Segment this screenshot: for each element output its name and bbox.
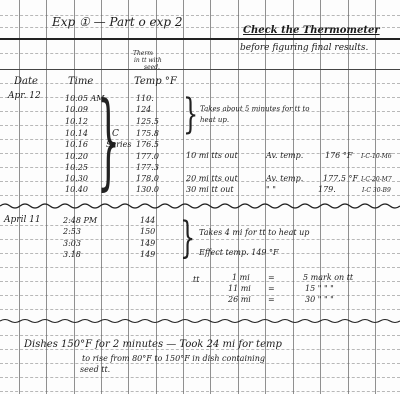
header-rule: [0, 38, 400, 40]
temp-cell: 144: [140, 217, 155, 225]
wavy-divider: [0, 202, 400, 210]
time-cell: 3.18: [63, 251, 81, 259]
temp-cell: 149: [140, 240, 155, 248]
temp-cell: 110.: [136, 95, 154, 103]
heat-note-continued: heat up.: [200, 117, 229, 124]
time-cell: 2:48 PM: [63, 217, 97, 225]
temp-header-line3: seed.: [144, 65, 160, 71]
time-cell: 10.14: [65, 130, 88, 138]
time-cell: 10.30: [65, 175, 88, 183]
time-cell: 3:03: [63, 240, 81, 248]
temp-column-header: Temp °F: [134, 77, 177, 87]
temp-cell: 130.0: [136, 186, 159, 194]
temp-cell: 150: [140, 228, 155, 236]
session2-heat-note: Takes 4 mi for tt to heat up: [199, 229, 309, 237]
time-cell: 2:53: [63, 228, 81, 236]
temp-cell: 175.8: [136, 130, 159, 138]
session2-date: April 11: [4, 216, 41, 225]
time-cell: 10.20: [65, 153, 88, 161]
tt-label: tt: [193, 276, 199, 284]
time-cell: 10.09: [65, 106, 88, 114]
footer-note-end: seed tt.: [80, 366, 110, 374]
session1-date: Apr. 12: [8, 92, 41, 101]
temp-cell: 176.5: [136, 141, 159, 149]
heat-brace-icon: }: [183, 94, 198, 135]
temp-cell: 125.5: [136, 118, 159, 126]
wavy-divider: [0, 317, 400, 325]
footer-note-continued: to rise from 80°F to 150°F in dish conta…: [82, 355, 265, 363]
time-cell: 10.16: [65, 141, 88, 149]
time-cell: 10.40: [65, 186, 88, 194]
series-label-continued: Series: [106, 141, 131, 149]
experiment-title: Exp ① — Part o exp 2: [52, 16, 183, 28]
temp-cell: 178.0: [136, 175, 159, 183]
temp-cell: 177.0: [136, 153, 159, 161]
time-column-header: Time: [68, 77, 93, 87]
column-header-rule: [0, 69, 400, 70]
temp-cell: 124: [136, 106, 151, 114]
date-column-header: Date: [14, 77, 38, 87]
temp-cell: 177.3: [136, 164, 159, 172]
series-label: C: [112, 130, 119, 139]
time-cell: 10.12: [65, 118, 88, 126]
temp-cell: 149: [140, 251, 155, 259]
notebook-page: Exp ① — Part o exp 2 Check the Thermomet…: [0, 0, 400, 394]
heat-note: Takes about 5 minutes for tt to: [200, 106, 310, 113]
time-cell: 10.25: [65, 164, 88, 172]
heat-brace-icon: }: [180, 216, 195, 259]
footer-note: Dishes 150°F for 2 minutes — Took 24 mi …: [24, 340, 282, 350]
session2-effect-note: Effect temp. 149 °F: [199, 249, 279, 257]
check-note-continued: before figuring final results.: [240, 44, 368, 53]
check-note: Check the Thermometer: [243, 26, 380, 36]
